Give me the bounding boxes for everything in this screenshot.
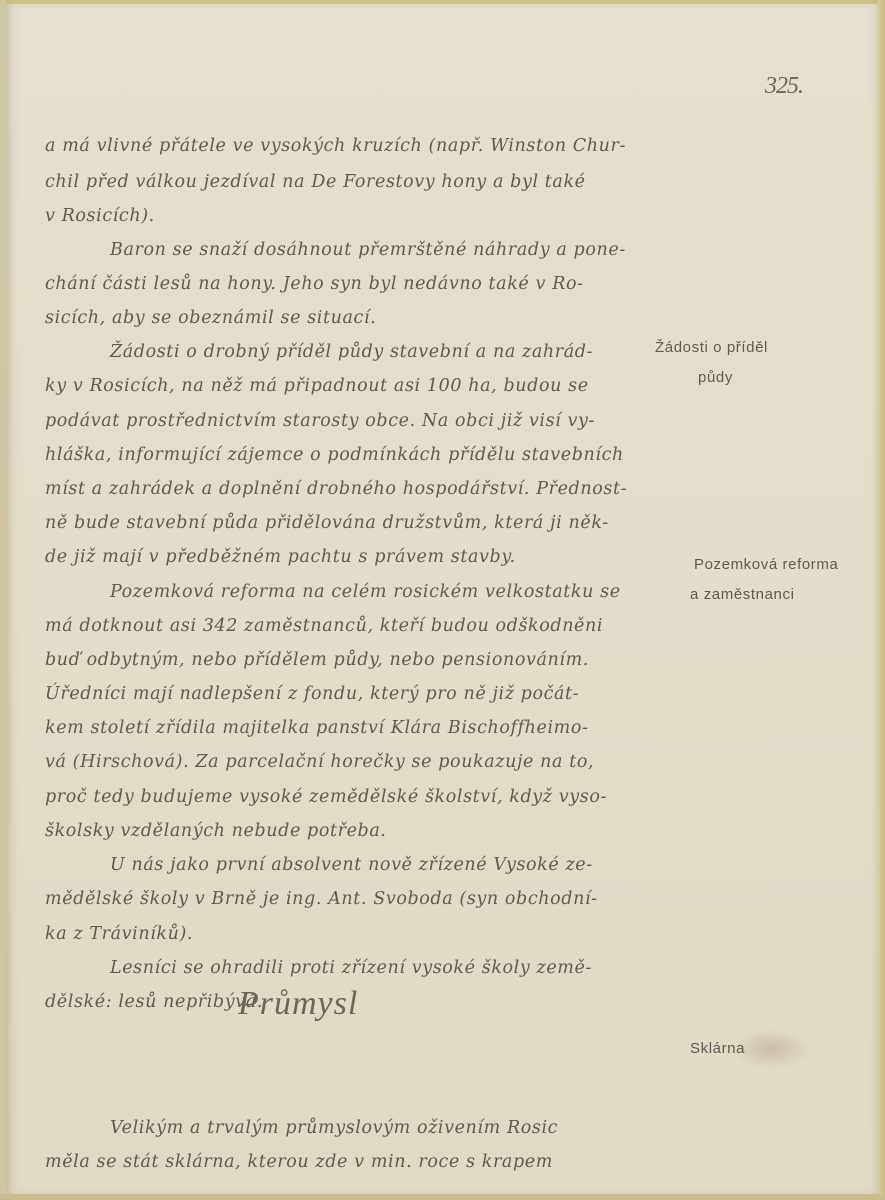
margin-note: Pozemková reforma — [694, 556, 838, 573]
section-heading: Průmysl — [238, 985, 358, 1023]
margin-note: půdy — [698, 369, 733, 386]
text-line: buď odbytným, nebo přídělem půdy, nebo p… — [45, 650, 589, 670]
text-line: Lesníci se ohradili proti zřízení vysoké… — [110, 958, 592, 978]
text-line: Žádosti o drobný příděl půdy stavební a … — [110, 342, 593, 362]
text-line: má dotknout asi 342 zaměstnanců, kteří b… — [45, 616, 603, 636]
text-line: U nás jako první absolvent nově zřízené … — [110, 855, 593, 875]
text-line: kem století zřídila majitelka panství Kl… — [45, 718, 589, 738]
text-line: hláška, informující zájemce o podmínkách… — [45, 445, 624, 465]
text-line: měla se stát sklárna, kterou zde v min. … — [45, 1152, 553, 1172]
text-line: de již mají v předběžném pachtu s právem… — [45, 547, 516, 567]
text-line: proč tedy budujeme vysoké zemědělské ško… — [45, 787, 607, 807]
page-edge-right — [878, 0, 885, 1200]
text-line: chání části lesů na hony. Jeho syn byl n… — [45, 274, 584, 294]
text-line: podávat prostřednictvím starosty obce. N… — [45, 411, 595, 431]
text-line: dělské: lesů nepřibývá. — [45, 992, 263, 1012]
page-number: 325. — [765, 73, 803, 100]
text-line: ně bude stavební půda přidělována družst… — [45, 513, 609, 533]
text-line: a má vlivné přátele ve vysokých kruzích … — [45, 136, 626, 156]
text-line: školsky vzdělaných nebude potřeba. — [45, 821, 387, 841]
text-line: Velikým a trvalým průmyslovým oživením R… — [110, 1118, 558, 1138]
page-edge-bottom — [0, 1194, 885, 1200]
text-line: ka z Tráviníků). — [45, 924, 193, 944]
text-line: mědělské školy v Brně je ing. Ant. Svobo… — [45, 889, 598, 909]
margin-note: a zaměstnanci — [690, 586, 795, 603]
text-line: Baron se snaží dosáhnout přemrštěné náhr… — [110, 240, 626, 260]
text-line: ky v Rosicích, na něž má připadnout asi … — [45, 376, 589, 396]
text-line: sicích, aby se obeznámil se situací. — [45, 308, 376, 328]
text-line: vá (Hirschová). Za parcelační horečky se… — [45, 752, 594, 772]
text-line: Úředníci mají nadlepšení z fondu, který … — [45, 684, 579, 704]
text-line: chil před válkou jezdíval na De Forestov… — [45, 172, 586, 192]
margin-note: Žádosti o příděl — [655, 339, 768, 356]
margin-note: Sklárna — [690, 1040, 745, 1057]
text-line: v Rosicích). — [45, 206, 155, 226]
text-line: míst a zahrádek a doplnění drobného hosp… — [45, 479, 627, 499]
text-line: Pozemková reforma na celém rosickém velk… — [110, 582, 621, 602]
